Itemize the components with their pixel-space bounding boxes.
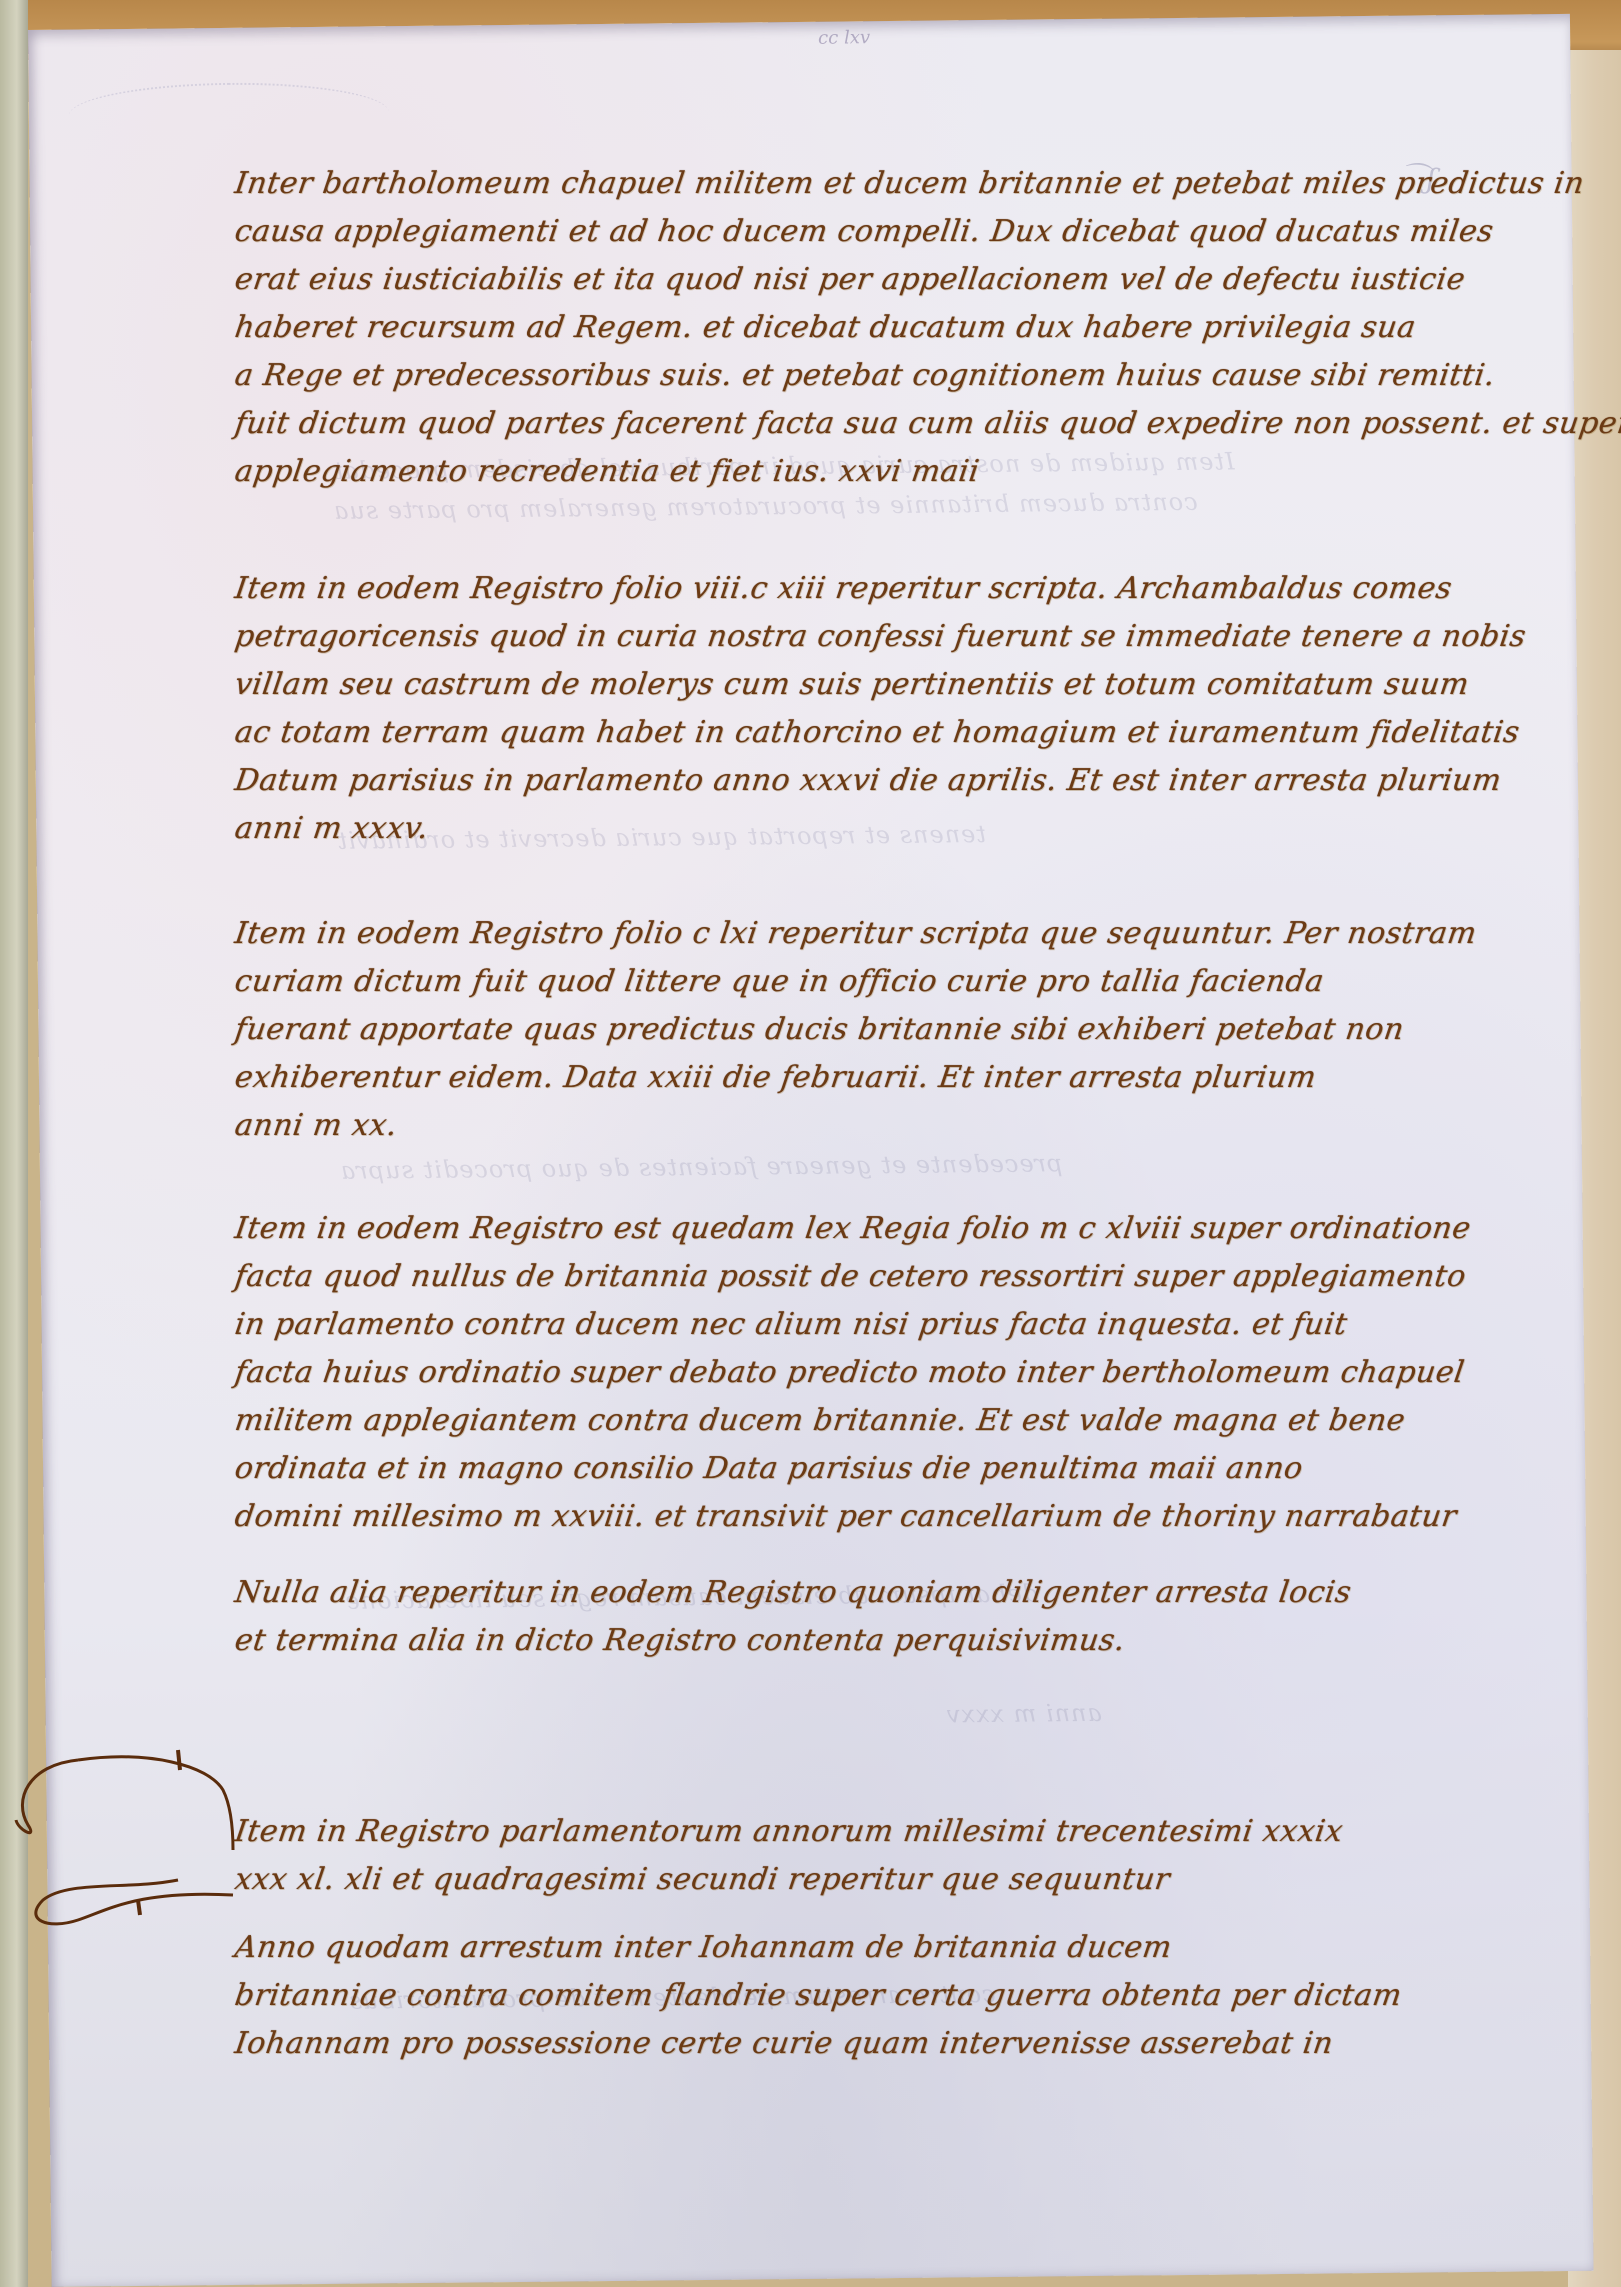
paragraph-2: Item in eodem Registro folio viii.c xiii… (235, 565, 1555, 853)
manuscript-line: xxx xl. xli et quadragesimi secundi repe… (232, 1856, 1559, 1904)
paragraph-5: Item in Registro parlamentorum annorum m… (235, 1808, 1555, 2068)
manuscript-line: Iohannam pro possessione certe curie qua… (232, 2020, 1559, 2068)
manuscript-line: exhiberentur eidem. Data xxiii die febru… (232, 1054, 1559, 1102)
manuscript-line: fuerant apportate quas predictus ducis b… (232, 1006, 1559, 1054)
manuscript-line: et termina alia in dicto Registro conten… (232, 1617, 1559, 1665)
manuscript-line: a Rege et predecessoribus suis. et peteb… (232, 352, 1559, 400)
paragraph-1: Inter bartholomeum chapuel militem et du… (235, 160, 1555, 496)
manuscript-line: anni m xxxv. (232, 805, 1559, 853)
manuscript-line: haberet recursum ad Regem. et dicebat du… (232, 304, 1559, 352)
manuscript-line: petragoricensis quod in curia nostra con… (232, 613, 1559, 661)
manuscript-line: ac totam terram quam habet in cathorcino… (232, 709, 1559, 757)
manuscript-line: facta quod nullus de britannia possit de… (232, 1253, 1559, 1301)
manuscript-line: Nulla alia reperitur in eodem Registro q… (232, 1569, 1559, 1617)
manuscript-line: Item in eodem Registro est quedam lex Re… (232, 1205, 1559, 1253)
bleed-through-text: precedente et geneare facientes de quo p… (340, 1149, 1063, 1185)
bleed-through-text: anni m xxxv (946, 1699, 1102, 1729)
manuscript-line: villam seu castrum de molerys cum suis p… (232, 661, 1559, 709)
manuscript-line: causa applegiamenti et ad hoc ducem comp… (232, 208, 1559, 256)
manuscript-line: curiam dictum fuit quod littere que in o… (232, 958, 1559, 1006)
manuscript-line: Inter bartholomeum chapuel militem et du… (232, 160, 1559, 208)
manuscript-line: domini millesimo m xxviii. et transivit … (232, 1493, 1559, 1541)
manuscript-line: britanniae contra comitem flandrie super… (232, 1972, 1559, 2020)
manuscript-line: ordinata et in magno consilio Data paris… (232, 1445, 1559, 1493)
paragraph-3: Item in eodem Registro folio c lxi reper… (235, 910, 1555, 1150)
manuscript-line: applegiamento recredentia et fiet ius. x… (232, 448, 1559, 496)
manuscript-line: fuit dictum quod partes facerent facta s… (232, 400, 1559, 448)
manuscript-line: Item in eodem Registro folio c lxi reper… (232, 910, 1559, 958)
manuscript-line: Item in eodem Registro folio viii.c xiii… (232, 565, 1559, 613)
manuscript-line: Datum parisius in parlamento anno xxxvi … (232, 757, 1559, 805)
manuscript-line: erat eius iusticiabilis et ita quod nisi… (232, 256, 1559, 304)
decorative-flourish-icon (8, 1730, 238, 1930)
left-binding-edge (0, 0, 28, 2287)
bleed-through-flourish (69, 81, 390, 146)
manuscript-line: facta huius ordinatio super debato predi… (232, 1349, 1559, 1397)
manuscript-line: militem applegiantem contra ducem britan… (232, 1397, 1559, 1445)
manuscript-line: anni m xx. (232, 1102, 1559, 1150)
manuscript-line: Anno quodam arrestum inter Iohannam de b… (232, 1924, 1559, 1972)
folio-number: cc lxv (818, 27, 870, 49)
paragraph-4: Item in eodem Registro est quedam lex Re… (235, 1205, 1555, 1665)
manuscript-line: in parlamento contra ducem nec alium nis… (232, 1301, 1559, 1349)
manuscript-line: Item in Registro parlamentorum annorum m… (232, 1808, 1559, 1856)
